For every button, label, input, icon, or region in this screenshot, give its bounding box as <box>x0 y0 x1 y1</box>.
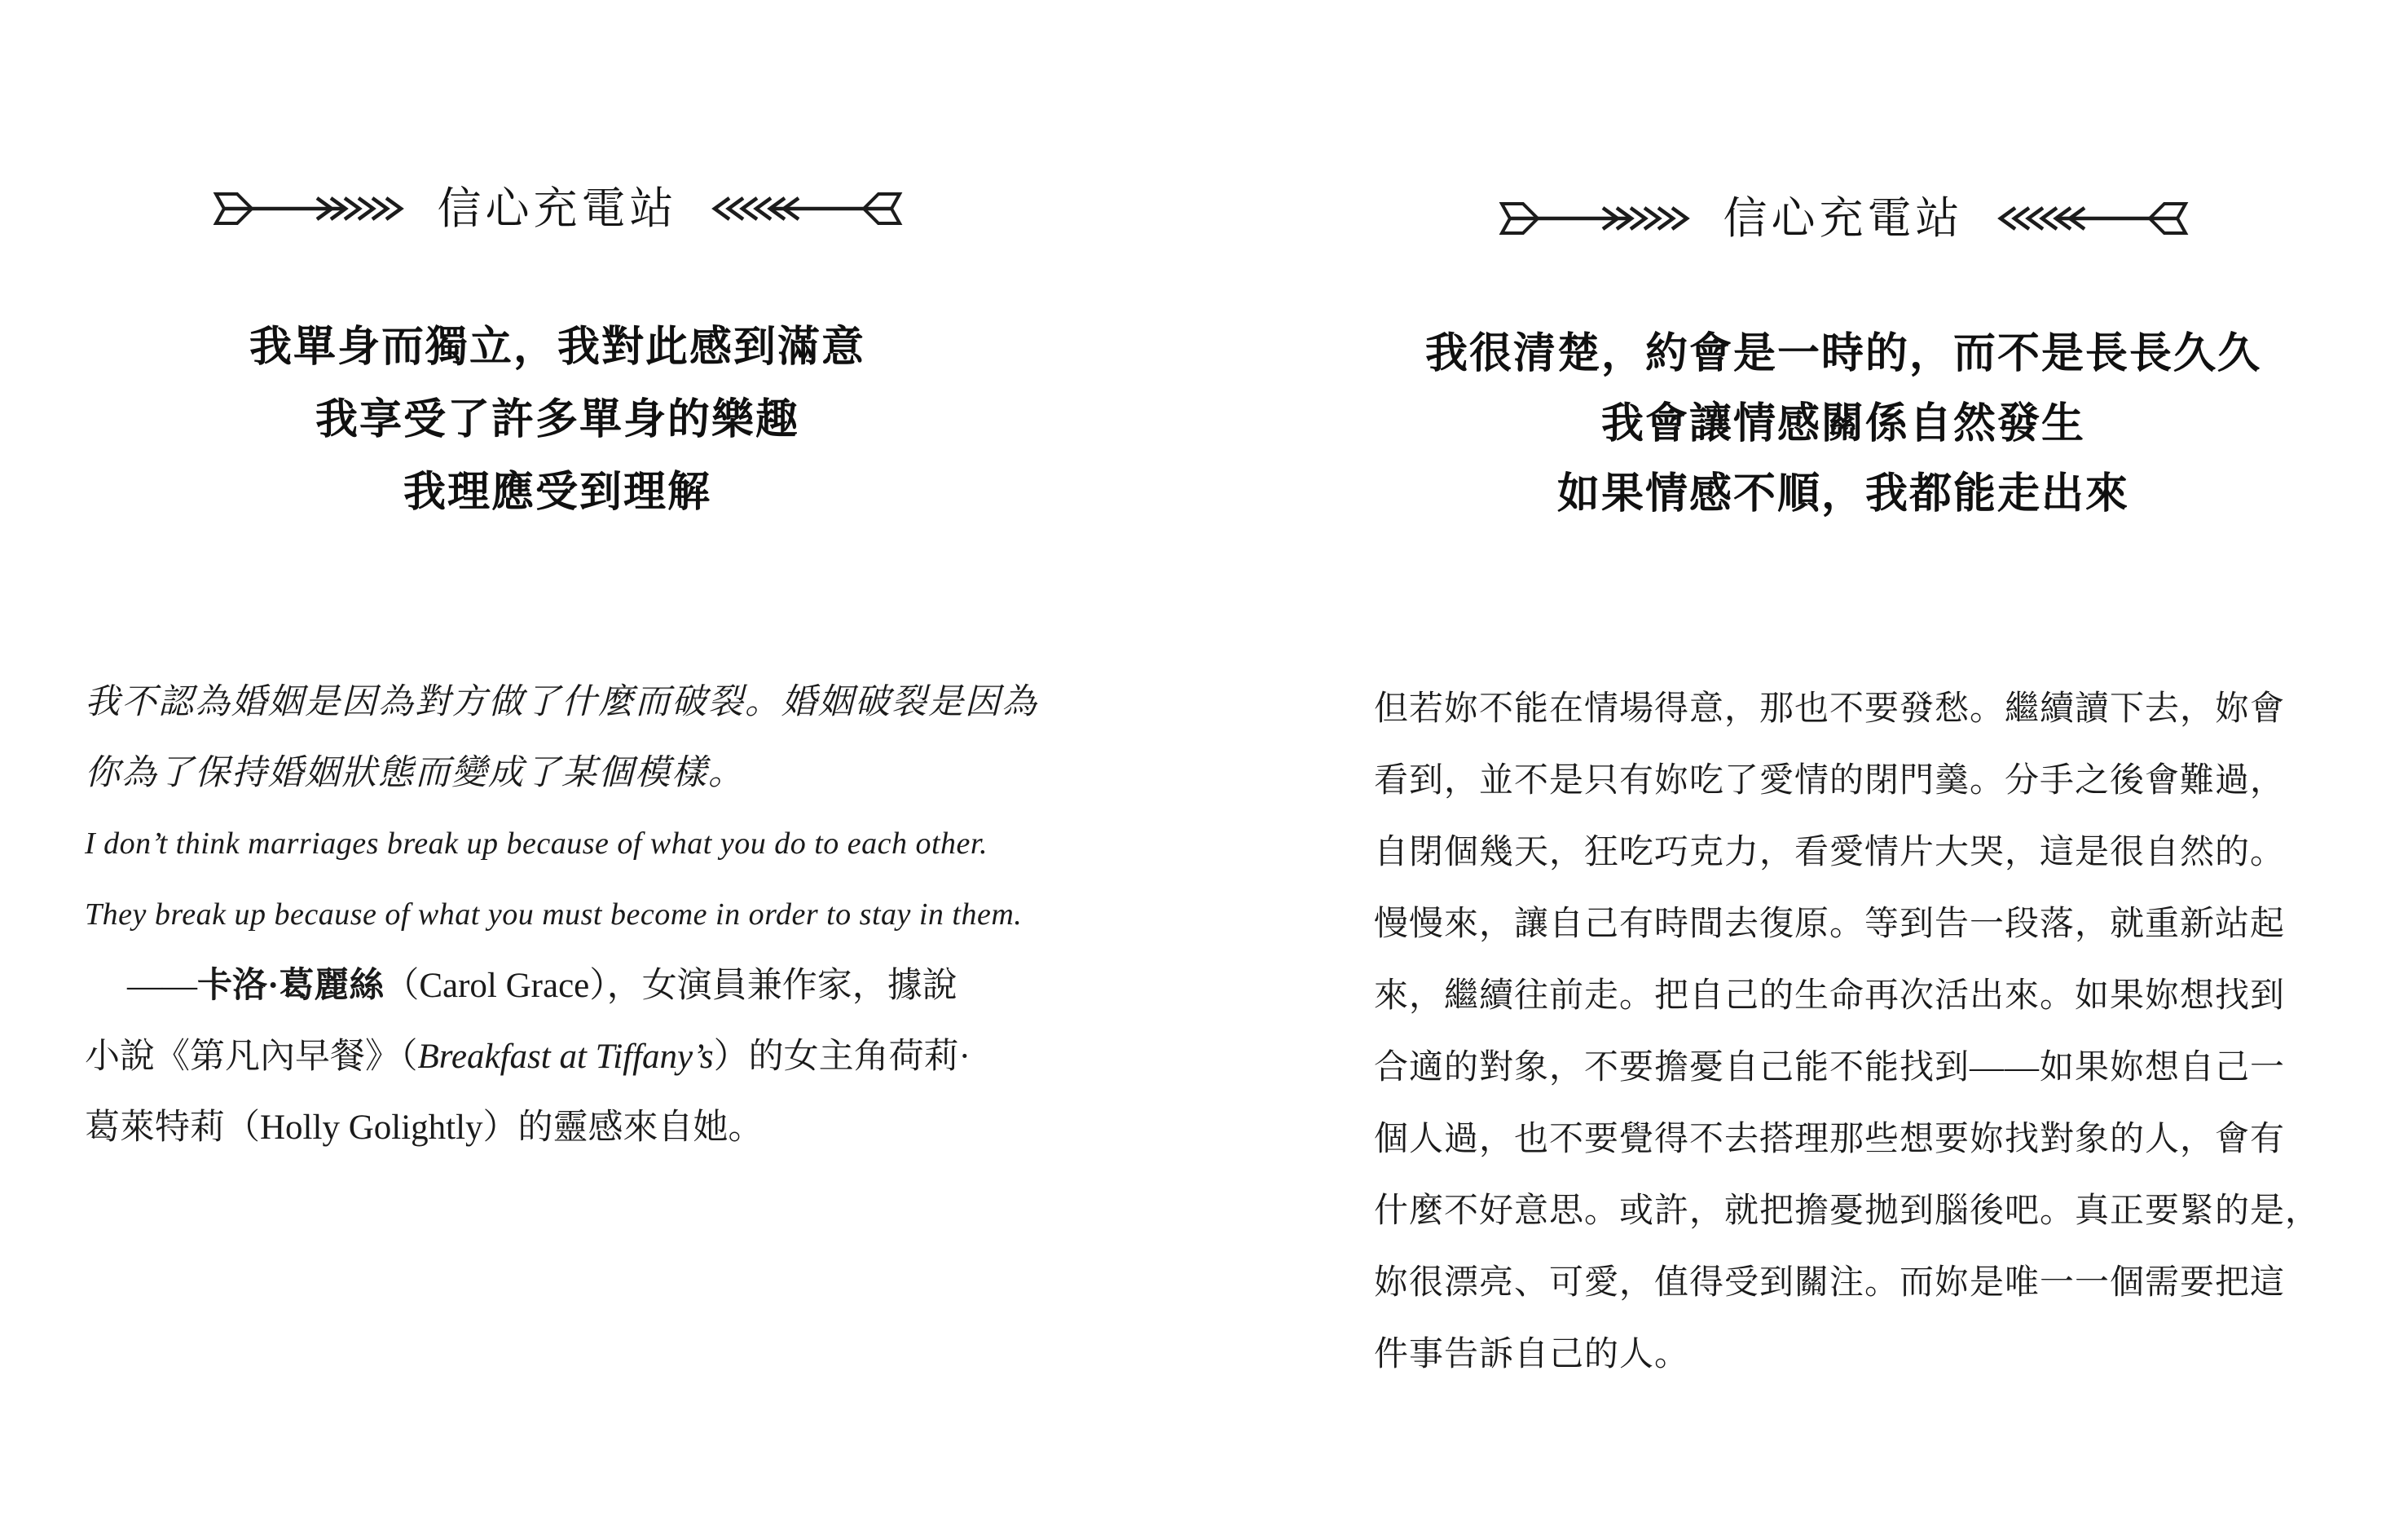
attribution-dash: —— <box>127 967 197 1005</box>
left-page-header: 信心充電站 <box>85 183 1030 234</box>
body-line: 看到，並不是只有妳吃了愛情的閉門羹。分手之後會難過， <box>1374 745 2313 817</box>
attribution-text: ）的女主角荷莉· <box>714 1038 971 1076</box>
quote-zh-line: 我不認為婚姻是因為對方做了什麼而破裂。婚姻破裂是因為 <box>85 667 1030 738</box>
body-line: 妳很漂亮、可愛，值得受到關注。而妳是唯一一個需要把這 <box>1374 1247 2313 1319</box>
affirmation-line: 我很清楚，約會是一時的，而不是長長久久 <box>1374 319 2313 389</box>
attribution-text: 小說《第凡內早餐》（ <box>85 1038 418 1076</box>
left-page-body: 我不認為婚姻是因為對方做了什麼而破裂。婚姻破裂是因為 你為了保持婚姻狀態而變成了… <box>85 667 1030 1163</box>
section-title: 信心充電站 <box>438 183 678 234</box>
arrow-ornament-right-icon <box>1993 202 2189 235</box>
body-line: 合適的對象，不要擔憂自己能不能找到——如果妳想自己一 <box>1374 1032 2313 1104</box>
body-line: 慢慢來，讓自己有時間去復原。等到告一段落，就重新站起 <box>1374 888 2313 960</box>
attribution-line: 葛萊特莉（Holly Golightly）的靈感來自她。 <box>85 1092 1030 1163</box>
body-line: 件事告訴自己的人。 <box>1374 1319 2313 1391</box>
arrow-ornament-left-icon <box>1499 202 1694 235</box>
quote-en-line: They break up because of what you must b… <box>85 879 1030 950</box>
quote-zh-line: 你為了保持婚姻狀態而變成了某個模樣。 <box>85 738 1030 809</box>
attribution-line: ——卡洛·葛麗絲（Carol Grace），女演員兼作家，據說 <box>85 950 1030 1021</box>
left-page: 信心充電站 我單身而獨立，我對此感到滿意 我享受了許多單身的樂趣 我理應受到理解… <box>85 0 1030 1525</box>
arrow-ornament-right-icon <box>707 192 903 225</box>
body-line: 什麼不好意思。或許，就把擔憂拋到腦後吧。真正要緊的是， <box>1374 1175 2313 1247</box>
right-page: 信心充電站 我很清楚，約會是一時的，而不是長長久久 我會讓情感關係自然發生 如果… <box>1374 0 2313 1525</box>
affirmation-line: 我會讓情感關係自然發生 <box>1374 389 2313 459</box>
section-title: 信心充電站 <box>1723 193 1964 244</box>
affirmation-line: 我理應受到理解 <box>85 456 1030 529</box>
body-line: 但若妳不能在情場得意，那也不要發愁。繼續讀下去，妳會 <box>1374 673 2313 745</box>
body-line: 來，繼續往前走。把自己的生命再次活出來。如果妳想找到 <box>1374 960 2313 1032</box>
affirmation-line: 我享受了許多單身的樂趣 <box>85 384 1030 456</box>
affirmation-line: 我單身而獨立，我對此感到滿意 <box>85 311 1030 384</box>
quote-en-line: I don’t think marriages break up because… <box>85 809 1030 879</box>
attribution-name: 卡洛·葛麗絲 <box>197 967 384 1005</box>
book-title: Breakfast at Tiffany’s <box>418 1038 714 1076</box>
right-page-header: 信心充電站 <box>1374 193 2313 244</box>
left-affirmations: 我單身而獨立，我對此感到滿意 我享受了許多單身的樂趣 我理應受到理解 <box>85 311 1030 529</box>
arrow-ornament-left-icon <box>213 192 408 225</box>
affirmation-line: 如果情感不順，我都能走出來 <box>1374 459 2313 529</box>
right-affirmations: 我很清楚，約會是一時的，而不是長長久久 我會讓情感關係自然發生 如果情感不順，我… <box>1374 319 2313 529</box>
body-line: 個人過，也不要覺得不去搭理那些想要妳找對象的人，會有 <box>1374 1104 2313 1175</box>
attribution-line: 小說《第凡內早餐》（Breakfast at Tiffany’s）的女主角荷莉· <box>85 1021 1030 1092</box>
right-page-body: 但若妳不能在情場得意，那也不要發愁。繼續讀下去，妳會 看到，並不是只有妳吃了愛情… <box>1374 673 2313 1391</box>
attribution-text: （Carol Grace），女演員兼作家，據說 <box>384 967 957 1005</box>
body-line: 自閉個幾天，狂吃巧克力，看愛情片大哭，這是很自然的。 <box>1374 817 2313 888</box>
